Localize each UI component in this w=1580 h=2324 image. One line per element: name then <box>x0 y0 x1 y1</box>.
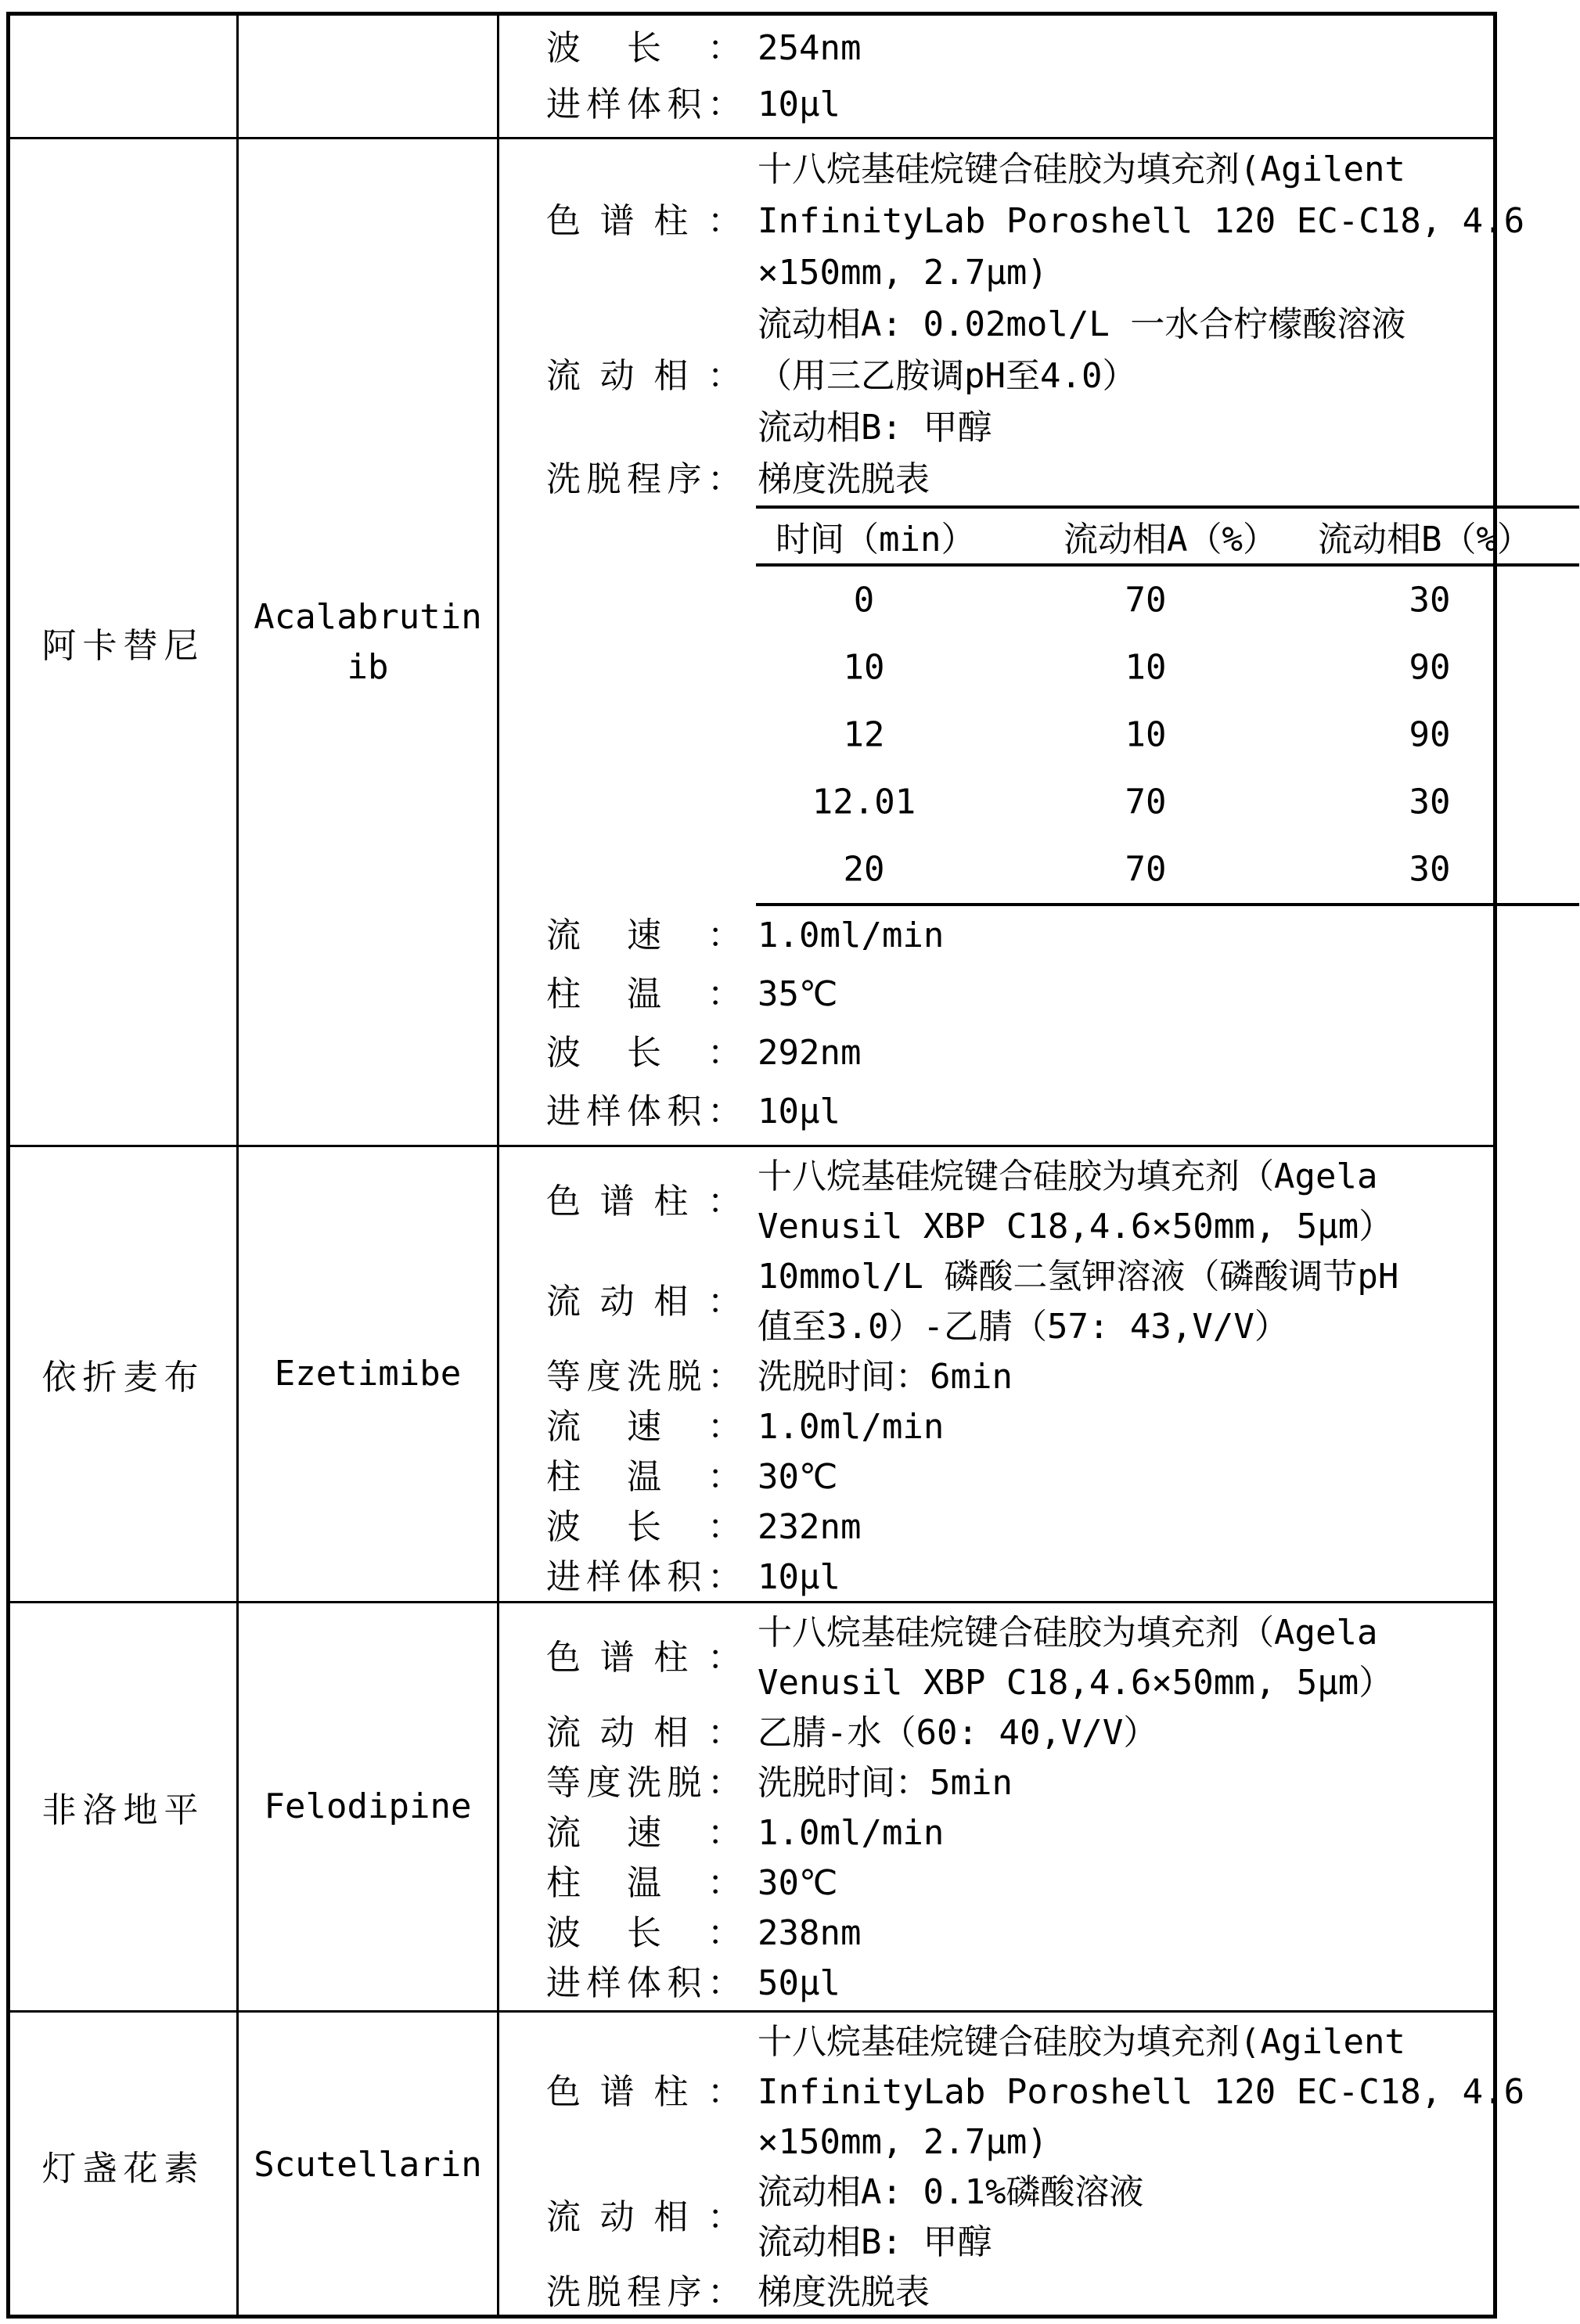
param-wavelength: 波长： 238nm <box>546 1908 1493 1959</box>
gradient-table-body: 0 70 30 10 10 90 12 10 90 <box>756 567 1579 903</box>
gradient-table-header: 时间（min） 流动相A（%） 流动相B（%） <box>756 509 1579 567</box>
param-wavelength: 波长： 254nm <box>546 20 1493 77</box>
gradient-cell-phase-a: 70 <box>1038 581 1254 621</box>
param-value: 238nm <box>758 1908 1493 1959</box>
drug-name-en: Ezetimibe <box>250 1349 485 1399</box>
param-mobile-phase: 流动相： 10mmol/L 磷酸二氢钾溶液（磷酸调节pH 值至3.0）-乙腈（5… <box>546 1252 1493 1352</box>
drug-name-en: Acalabrutinib <box>250 592 485 693</box>
gradient-row: 12.01 70 30 <box>756 768 1579 836</box>
drug-name-cn-cell: 阿卡替尼 <box>10 139 239 1145</box>
param-label: 柱温： <box>546 965 742 1023</box>
param-value: 50μl <box>758 1959 1493 2009</box>
drug-name-en-cell: Scutellarin <box>239 2013 499 2318</box>
drug-name-en-cell: Acalabrutinib <box>239 139 499 1145</box>
param-value: 十八烷基硅烷键合硅胶为填充剂（Agela Venusil XBP C18,4.6… <box>758 1152 1493 1252</box>
gradient-row: 10 10 90 <box>756 634 1579 701</box>
param-label: 色谱柱： <box>546 1633 742 1683</box>
param-value: 10μl <box>758 1552 1493 1603</box>
param-isocratic-elution: 等度洗脱： 洗脱时间：5min <box>546 1758 1493 1808</box>
param-label: 进样体积： <box>546 77 742 133</box>
param-injection-volume: 进样体积： 50μl <box>546 1959 1493 2009</box>
gradient-header-phase-b: 流动相B（%） <box>1318 511 1531 561</box>
param-value: 1.0ml/min <box>758 906 1579 965</box>
drug-name-en-cell <box>239 16 499 137</box>
gradient-cell-time: 0 <box>756 581 972 621</box>
drug-name-cn-cell: 灯盏花素 <box>10 2013 239 2318</box>
param-column-temperature: 柱温： 30℃ <box>546 1452 1493 1502</box>
param-wavelength: 波长： 232nm <box>546 1502 1493 1552</box>
table-row-scutellarin: 灯盏花素 Scutellarin 色谱柱： 十八烷基硅烷键合硅胶为填充剂(Agi… <box>10 2013 1493 2318</box>
drug-name-cn-cell: 依折麦布 <box>10 1147 239 1601</box>
drug-name-cn: 非洛地平 <box>42 1782 205 1832</box>
param-value: 梯度洗脱表 <box>758 454 1579 505</box>
param-value: 254nm <box>758 20 1493 77</box>
param-value: 乙腈-水（60: 40,V/V） <box>758 1708 1493 1758</box>
conditions-cell: 色谱柱： 十八烷基硅烷键合硅胶为填充剂(Agilent InfinityLab … <box>499 139 1579 1145</box>
param-value: 30℃ <box>758 1452 1493 1502</box>
gradient-cell-phase-b: 30 <box>1322 850 1538 890</box>
conditions-cell: 波长： 254nm 进样体积： 10μl <box>499 16 1493 137</box>
gradient-cell-time: 10 <box>756 648 972 688</box>
param-label: 波长： <box>546 1023 742 1082</box>
drug-name-cn-cell: 非洛地平 <box>10 1603 239 2010</box>
param-mobile-phase: 流动相： 流动相A: 0.02mol/L 一水合柠檬酸溶液 （用三乙胺调pH至4… <box>546 299 1579 454</box>
drug-name-cn: 依折麦布 <box>42 1349 205 1399</box>
param-label: 进样体积： <box>546 1082 742 1141</box>
param-column: 色谱柱： 十八烷基硅烷键合硅胶为填充剂（Agela Venusil XBP C1… <box>546 1152 1493 1252</box>
param-label: 洗脱程序： <box>546 454 742 505</box>
gradient-cell-time: 12 <box>756 715 972 755</box>
param-value: 洗脱时间：5min <box>758 1758 1493 1808</box>
param-column-temperature: 柱温： 30℃ <box>546 1858 1493 1908</box>
drug-name-en-cell: Felodipine <box>239 1603 499 2010</box>
drug-name-en-cell: Ezetimibe <box>239 1147 499 1601</box>
param-label: 流动相： <box>546 1277 742 1327</box>
gradient-cell-phase-a: 70 <box>1038 782 1254 822</box>
param-column: 色谱柱： 十八烷基硅烷键合硅胶为填充剂(Agilent InfinityLab … <box>546 2017 1524 2168</box>
drug-name-en: Felodipine <box>250 1782 485 1832</box>
param-label: 柱温： <box>546 1858 742 1908</box>
param-label: 波长： <box>546 20 742 77</box>
param-value: 1.0ml/min <box>758 1808 1493 1858</box>
gradient-elution-table: 时间（min） 流动相A（%） 流动相B（%） 0 70 30 10 10 90 <box>756 505 1579 906</box>
param-wavelength: 波长： 292nm <box>546 1023 1579 1082</box>
drug-name-cn: 灯盏花素 <box>42 2140 205 2190</box>
drug-name-cn: 阿卡替尼 <box>42 617 205 667</box>
param-label: 进样体积： <box>546 1552 742 1603</box>
param-flow-rate: 流速： 1.0ml/min <box>546 1402 1493 1452</box>
drug-name-cn-cell <box>10 16 239 137</box>
param-flow-rate: 流速： 1.0ml/min <box>546 906 1579 965</box>
gradient-cell-phase-b: 30 <box>1322 581 1538 621</box>
param-column: 色谱柱： 十八烷基硅烷键合硅胶为填充剂（Agela Venusil XBP C1… <box>546 1608 1493 1708</box>
param-label: 波长： <box>546 1908 742 1959</box>
param-label: 流速： <box>546 906 742 965</box>
param-value: 10μl <box>758 1082 1579 1141</box>
gradient-cell-phase-b: 90 <box>1322 648 1538 688</box>
gradient-header-time: 时间（min） <box>776 511 975 561</box>
param-injection-volume: 进样体积： 10μl <box>546 1552 1493 1603</box>
param-injection-volume: 进样体积： 10μl <box>546 77 1493 133</box>
gradient-cell-time: 12.01 <box>756 782 972 822</box>
param-mobile-phase: 流动相： 乙腈-水（60: 40,V/V） <box>546 1708 1493 1758</box>
param-label: 色谱柱： <box>546 2067 742 2117</box>
param-value: 10mmol/L 磷酸二氢钾溶液（磷酸调节pH 值至3.0）-乙腈（57: 43… <box>758 1252 1493 1352</box>
param-value: 35℃ <box>758 965 1579 1023</box>
gradient-cell-phase-b: 90 <box>1322 715 1538 755</box>
param-mobile-phase: 流动相： 流动相A: 0.1%磷酸溶液 流动相B: 甲醇 <box>546 2168 1524 2268</box>
param-label: 流动相： <box>546 1708 742 1758</box>
hplc-conditions-table: 波长： 254nm 进样体积： 10μl 阿卡替尼 Acalabrutinib … <box>6 12 1497 2319</box>
gradient-row: 12 10 90 <box>756 701 1579 768</box>
drug-name-en: Scutellarin <box>250 2140 485 2190</box>
param-value: 流动相A: 0.1%磷酸溶液 流动相B: 甲醇 <box>758 2168 1524 2268</box>
param-elution-program: 洗脱程序： 梯度洗脱表 <box>546 2268 1524 2318</box>
param-value: 30℃ <box>758 1858 1493 1908</box>
gradient-row: 20 70 30 <box>756 836 1579 903</box>
param-label: 波长： <box>546 1502 742 1552</box>
param-value: 1.0ml/min <box>758 1402 1493 1452</box>
param-column: 色谱柱： 十八烷基硅烷键合硅胶为填充剂(Agilent InfinityLab … <box>546 144 1579 299</box>
gradient-row: 0 70 30 <box>756 567 1579 634</box>
gradient-cell-time: 20 <box>756 850 972 890</box>
param-label: 等度洗脱： <box>546 1758 742 1808</box>
param-value: 十八烷基硅烷键合硅胶为填充剂(Agilent InfinityLab Poros… <box>758 2017 1524 2168</box>
param-label: 色谱柱： <box>546 196 742 247</box>
param-value: 232nm <box>758 1502 1493 1552</box>
param-elution-program: 洗脱程序： 梯度洗脱表 <box>546 454 1579 505</box>
param-value: 十八烷基硅烷键合硅胶为填充剂(Agilent InfinityLab Poros… <box>758 144 1579 299</box>
table-row-ezetimibe: 依折麦布 Ezetimibe 色谱柱： 十八烷基硅烷键合硅胶为填充剂（Agela… <box>10 1147 1493 1603</box>
table-row-continuation: 波长： 254nm 进样体积： 10μl <box>10 16 1493 139</box>
param-value: 292nm <box>758 1023 1579 1082</box>
param-label: 流速： <box>546 1808 742 1858</box>
param-value: 十八烷基硅烷键合硅胶为填充剂（Agela Venusil XBP C18,4.6… <box>758 1608 1493 1708</box>
table-row-felodipine: 非洛地平 Felodipine 色谱柱： 十八烷基硅烷键合硅胶为填充剂（Agel… <box>10 1603 1493 2013</box>
gradient-cell-phase-a: 10 <box>1038 715 1254 755</box>
param-label: 流动相： <box>546 351 742 402</box>
param-value: 洗脱时间：6min <box>758 1352 1493 1402</box>
param-flow-rate: 流速： 1.0ml/min <box>546 1808 1493 1858</box>
param-column-temperature: 柱温： 35℃ <box>546 965 1579 1023</box>
param-label: 色谱柱： <box>546 1177 742 1227</box>
param-label: 流动相： <box>546 2193 742 2243</box>
conditions-cell: 色谱柱： 十八烷基硅烷键合硅胶为填充剂（Agela Venusil XBP C1… <box>499 1147 1493 1601</box>
gradient-cell-phase-b: 30 <box>1322 782 1538 822</box>
param-value: 流动相A: 0.02mol/L 一水合柠檬酸溶液 （用三乙胺调pH至4.0） 流… <box>758 299 1579 454</box>
param-value: 10μl <box>758 77 1493 133</box>
param-isocratic-elution: 等度洗脱： 洗脱时间：6min <box>546 1352 1493 1402</box>
param-label: 洗脱程序： <box>546 2268 742 2318</box>
gradient-cell-phase-a: 10 <box>1038 648 1254 688</box>
gradient-cell-phase-a: 70 <box>1038 850 1254 890</box>
param-label: 等度洗脱： <box>546 1352 742 1402</box>
param-label: 进样体积： <box>546 1959 742 2009</box>
table-row-acalabrutinib: 阿卡替尼 Acalabrutinib 色谱柱： 十八烷基硅烷键合硅胶为填充剂(A… <box>10 139 1493 1147</box>
param-value: 梯度洗脱表 <box>758 2268 1524 2318</box>
conditions-cell: 色谱柱： 十八烷基硅烷键合硅胶为填充剂（Agela Venusil XBP C1… <box>499 1603 1493 2010</box>
param-injection-volume: 进样体积： 10μl <box>546 1082 1579 1141</box>
param-label: 流速： <box>546 1402 742 1452</box>
param-label: 柱温： <box>546 1452 742 1502</box>
gradient-header-phase-a: 流动相A（%） <box>1064 511 1277 561</box>
conditions-cell: 色谱柱： 十八烷基硅烷键合硅胶为填充剂(Agilent InfinityLab … <box>499 2013 1524 2318</box>
